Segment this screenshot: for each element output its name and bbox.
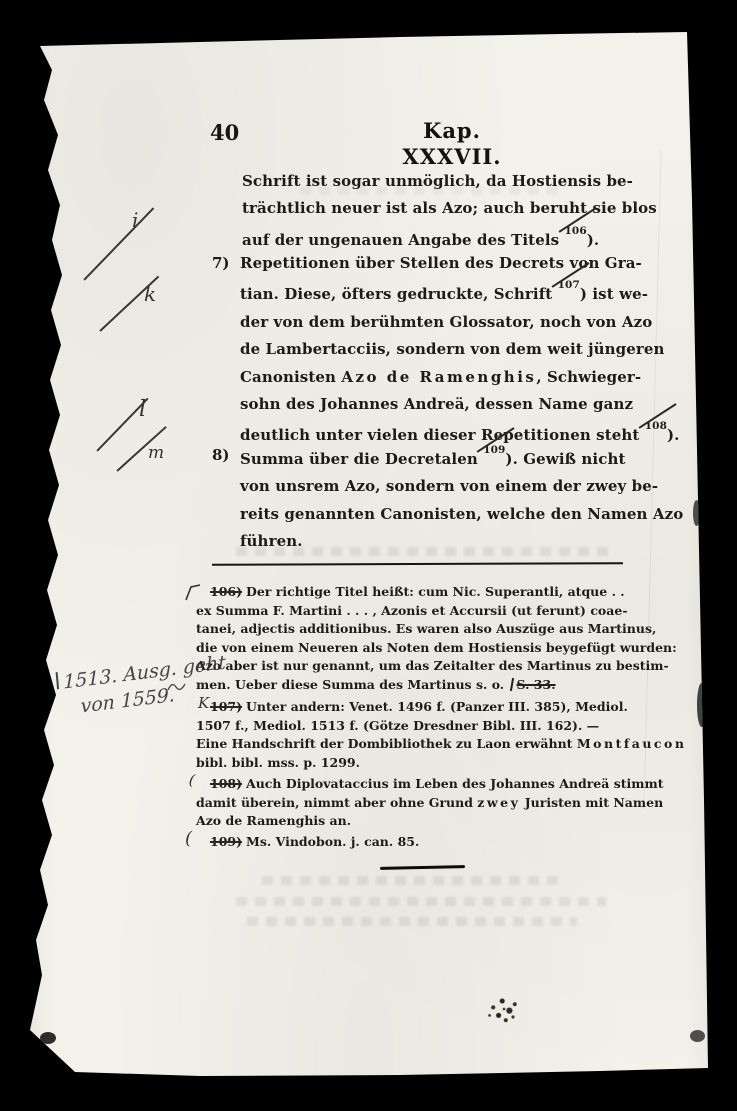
footnote-line: 108)Auch Diplovataccius im Leben des Joh…: [196, 775, 664, 794]
bleedthrough-text: [247, 917, 577, 926]
chapter-heading: Kap. XXXVII.: [372, 118, 532, 170]
text-segment: Auch Diplovataccius im Leben des Johanne…: [246, 776, 663, 791]
footnote-line: Eine Handschrift der Dombibliothek zu La…: [196, 735, 686, 754]
text-segment: Eine Handschrift der Dombibliothek zu La…: [196, 736, 577, 751]
torn-edge-speck: [36, 150, 44, 170]
footnote-line: 106)Der richtige Titel heißt: cum Nic. S…: [196, 583, 677, 602]
text-segment: Summa über die Decretalen: [240, 450, 483, 468]
footnote-line: 109)Ms. Vindobon. j. can. 85.: [196, 833, 419, 852]
text-segment: men. Ueber diese Summa des Martinus s. o…: [196, 677, 509, 692]
text-line: Summa über die Decretalen 109). Gewiß ni…: [240, 442, 683, 473]
item-8-paragraph: Summa über die Decretalen 109). Gewiß ni…: [240, 442, 683, 556]
page-number: 40: [210, 120, 239, 146]
torn-edge-speck: [33, 55, 43, 81]
edge-mark: [693, 500, 700, 526]
text-line: tian. Diese, öfters gedruckte, Schrift 1…: [240, 277, 680, 308]
section-end-rule: [380, 865, 465, 870]
margin-letter-l: l: [139, 397, 146, 422]
torn-edge-speck: [29, 95, 41, 125]
text-line: de Lambertacciis, sondern von dem weit j…: [240, 336, 680, 363]
footnote-separator-rule: [212, 562, 623, 565]
text-line: Canonisten Azo de Ramenghis, Schwieger-: [240, 364, 680, 391]
footnote-number-108: 108): [210, 776, 242, 791]
text-segment: Der richtige Titel heißt: cum Nic. Super…: [246, 584, 625, 599]
pen-mark-paren-108: (: [188, 771, 196, 790]
torn-edge-speck: [33, 300, 43, 322]
struck-page-reference: S. 33.: [517, 677, 556, 692]
text-segment: damit überein, nimmt aber ohne Grund: [196, 795, 477, 810]
text-segment: Ms. Vindobon. j. can. 85.: [246, 834, 419, 849]
footnote-ref-109: 109: [483, 444, 505, 456]
bleedthrough-text: [236, 547, 616, 556]
footnote-line: damit überein, nimmt aber ohne Grund zwe…: [196, 794, 664, 813]
bleedthrough-text: [236, 897, 606, 906]
text-segment: Juristen mit Namen: [520, 795, 663, 810]
footnote-line: Azo aber ist nur genannt, um das Zeitalt…: [196, 657, 677, 676]
footnote-line: die von einem Neueren als Noten dem Host…: [196, 639, 677, 658]
torn-edge-speck: [40, 248, 49, 266]
text-segment: ) ist we-: [580, 285, 648, 303]
pen-mark-k: K: [198, 694, 209, 712]
ink-blot: [486, 993, 522, 1025]
edge-mark: [697, 683, 706, 727]
footnote-109: 109)Ms. Vindobon. j. can. 85.: [196, 833, 419, 852]
footnote-ref-108: 108: [645, 420, 667, 432]
text-segment: , Schwieger-: [536, 368, 641, 386]
item-7-paragraph: Repetitionen über Stellen des Decrets vo…: [240, 250, 680, 450]
footnote-107: 107)Unter andern: Venet. 1496 f. (Panzer…: [196, 698, 686, 772]
text-line: reits genannten Canonisten, welche den N…: [240, 501, 683, 528]
edge-mark: [690, 1030, 705, 1042]
text-line: Repetitionen über Stellen des Decrets vo…: [240, 250, 680, 277]
spaced-name-montfaucon: Montfaucon: [577, 736, 687, 751]
torn-edge-speck: [36, 560, 43, 576]
footnote-ref-107: 107: [558, 279, 580, 291]
spaced-name-azo-de-ramenghis: Azo de Ramenghis: [341, 368, 536, 386]
torn-edge-speck: [40, 1032, 56, 1044]
footnote-number-109: 109): [210, 834, 242, 849]
margin-letter-k: k: [144, 282, 156, 306]
text-line: von unsrem Azo, sondern von einem der zw…: [240, 473, 683, 500]
footnote-line: ex Summa F. Martini . . . , Azonis et Ac…: [196, 602, 677, 621]
footnote-108: 108)Auch Diplovataccius im Leben des Joh…: [196, 775, 664, 831]
text-line: der von dem berühmten Glossator, noch vo…: [240, 309, 680, 336]
margin-letter-m: m: [148, 443, 164, 463]
text-line: sohn des Johannes Andreä, dessen Name ga…: [240, 391, 680, 418]
footnote-line: tanei, adjectis additionibus. Es waren a…: [196, 620, 677, 639]
scanned-book-page: 40 Kap. XXXVII. Schrift ist sogar unmögl…: [0, 0, 737, 1111]
footnote-line: 1507 f., Mediol. 1513 f. (Götze Dresdner…: [196, 717, 686, 736]
text-segment: Unter andern: Venet. 1496 f. (Panzer III…: [246, 699, 628, 714]
intro-paragraph: Schrift ist sogar unmöglich, da Hostiens…: [242, 168, 657, 254]
footnote-number-106: 106): [210, 584, 242, 599]
footnote-106: 106)Der richtige Titel heißt: cum Nic. S…: [196, 583, 677, 695]
bleedthrough-text: [300, 186, 560, 195]
footnote-line: Azo de Ramenghis an.: [196, 812, 664, 831]
text-segment: auf der ungenauen Angabe des Titels: [242, 231, 565, 249]
paper-sheet: 40 Kap. XXXVII. Schrift ist sogar unmögl…: [0, 0, 737, 1111]
text-segment: tian. Diese, öfters gedruckte, Schrift: [240, 285, 558, 303]
text-segment: Canonisten: [240, 368, 341, 386]
footnote-line: 107)Unter andern: Venet. 1496 f. (Panzer…: [196, 698, 686, 717]
spaced-word-zwey: zwey: [477, 795, 520, 810]
pen-slash-i: [83, 207, 154, 280]
footnote-line: men. Ueber diese Summa des Martinus s. o…: [196, 676, 677, 695]
footnote-ref-106: 106: [565, 225, 587, 237]
bleedthrough-text: [262, 876, 562, 885]
pen-stroke-vertical: [509, 678, 513, 691]
list-marker-8: 8): [212, 442, 230, 469]
text-segment: ). Gewiß nicht: [505, 450, 625, 468]
list-marker-7: 7): [212, 250, 230, 277]
text-segment: ).: [587, 231, 600, 249]
footnote-line: bibl. bibl. mss. p. 1299.: [196, 754, 686, 773]
margin-letter-i: i: [132, 208, 138, 232]
pen-mark-paren-109: (: [185, 828, 192, 849]
